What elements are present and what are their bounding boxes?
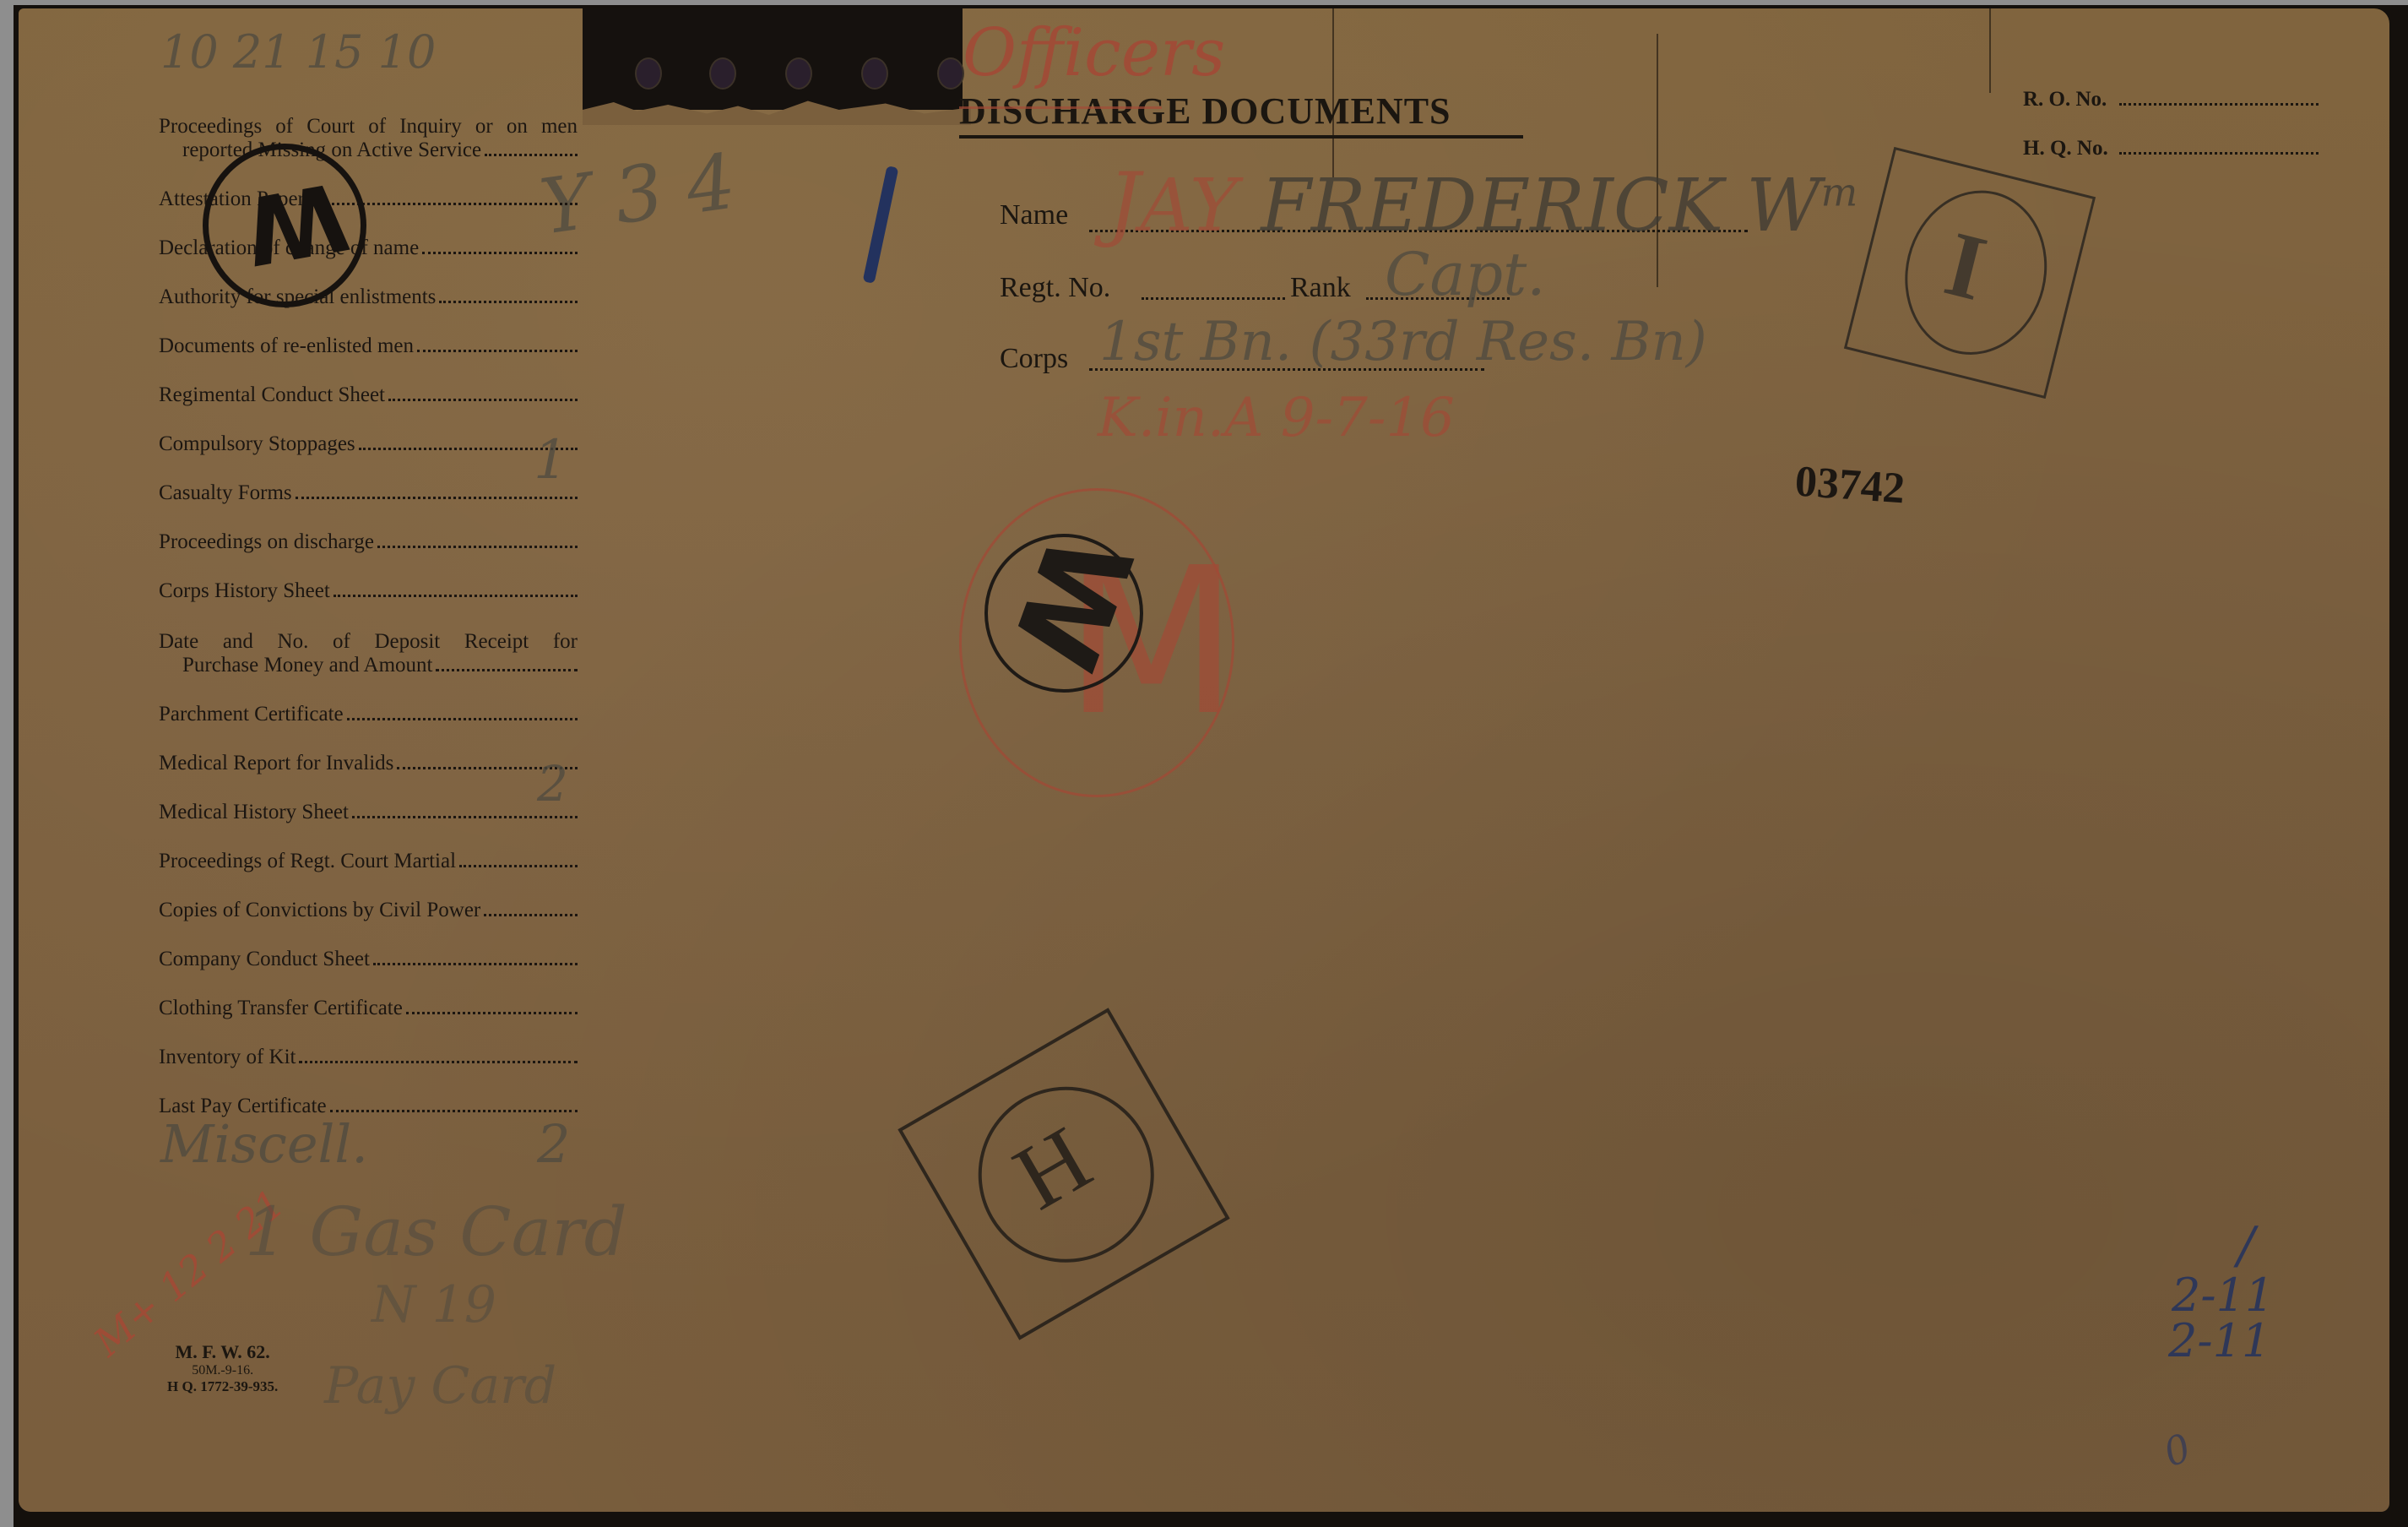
checklist-label: Proceedings on discharge	[159, 530, 374, 554]
misc-entry-label: Miscell.	[160, 1113, 368, 1175]
checklist-label: Corps History Sheet	[159, 579, 330, 603]
form-number: M. F. W. 62.	[167, 1341, 278, 1363]
pencil-note-top-left: 10 21 15 10	[160, 25, 436, 79]
checklist-label: Medical Report for Invalids	[159, 752, 393, 775]
checklist-label: Documents of re-enlisted men	[159, 334, 414, 358]
ink-note-2-11-b: 2-11	[2168, 1314, 2270, 1367]
checklist-count-medical-history: 2	[537, 755, 568, 812]
name-value: JAY JAY FREDERICK WmFREDERICK Wm	[1108, 155, 1858, 250]
checklist-label: Purchase Money and Amount	[182, 654, 432, 677]
serial-number: 03742	[1793, 457, 1906, 514]
punch-hole	[635, 57, 662, 90]
name-label: Name	[1000, 199, 1068, 231]
rank-value: Capt.	[1385, 240, 1545, 309]
checklist-label: Casualty Forms	[159, 481, 292, 505]
checklist-row: Date and No. of Deposit Receipt for Purc…	[159, 603, 578, 677]
checklist-label: Clothing Transfer Certificate	[159, 997, 403, 1020]
checklist-row: Documents of re-enlisted men	[159, 309, 578, 358]
corps-label: Corps	[1000, 343, 1068, 375]
checklist-row: Proceedings of Regt. Court Martial	[159, 824, 578, 873]
checklist-label: Date and No. of Deposit Receipt for	[159, 630, 578, 654]
regt-no-label: Regt. No.	[1000, 272, 1110, 304]
document-title: DISCHARGE DOCUMENTS	[959, 90, 1451, 133]
hq-no-label: H. Q. No.	[2023, 137, 2108, 160]
checklist-row: Clothing Transfer Certificate	[159, 971, 578, 1020]
officers-annotation: Officers	[963, 15, 1225, 91]
checklist-label: Proceedings of Regt. Court Martial	[159, 850, 456, 873]
form-hq-ref: H Q. 1772-39-935.	[167, 1378, 278, 1395]
torn-binding-strip	[583, 8, 963, 110]
checklist-row: Copies of Convictions by Civil Power	[159, 873, 578, 922]
ro-no-label: R. O. No.	[2023, 88, 2107, 111]
paper-tear	[1989, 8, 1991, 93]
checklist-row: Compulsory Stoppages	[159, 407, 578, 456]
title-underline	[959, 135, 1523, 139]
checklist-row: Inventory of Kit	[159, 1020, 578, 1069]
checklist-row: Proceedings of Court of Inquiry or on me…	[159, 88, 578, 162]
checklist-row: Medical History Sheet	[159, 775, 578, 824]
punch-hole	[785, 57, 812, 90]
misc-entry-count: 2	[537, 1113, 570, 1175]
form-info: M. F. W. 62. 50M.-9-16. H Q. 1772-39-935…	[167, 1341, 278, 1395]
checklist-row: Casualty Forms	[159, 456, 578, 505]
punch-hole	[709, 57, 736, 90]
checklist-count-casualty-forms: 1	[534, 429, 568, 492]
checklist-label: Parchment Certificate	[159, 703, 344, 726]
red-strikethrough	[959, 106, 1162, 109]
hq-no-line	[2119, 152, 2319, 155]
punch-hole	[937, 57, 964, 90]
checklist-label: Inventory of Kit	[159, 1046, 296, 1069]
checklist-row: Medical Report for Invalids	[159, 726, 578, 775]
checklist-label: Regimental Conduct Sheet	[159, 383, 385, 407]
corps-value: 1st Bn. (33rd Res. Bn)	[1099, 311, 1707, 373]
checklist-row: Corps History Sheet	[159, 554, 578, 603]
checklist-label: Proceedings of Court of Inquiry or on me…	[159, 115, 578, 139]
checklist-row: Regimental Conduct Sheet	[159, 358, 578, 407]
checklist-row: Proceedings on discharge	[159, 505, 578, 554]
regt-no-line	[1142, 297, 1285, 300]
checklist-label: Medical History Sheet	[159, 801, 349, 824]
checklist-row: Last Pay Certificate	[159, 1069, 578, 1118]
casualty-note: K.in.A 9-7-16	[1098, 387, 1455, 449]
checklist-label: Copies of Convictions by Civil Power	[159, 899, 480, 922]
punch-hole	[861, 57, 888, 90]
checklist-label: Company Conduct Sheet	[159, 948, 370, 971]
form-print-run: 50M.-9-16.	[167, 1363, 278, 1378]
pencil-note-pay-card: Pay Card	[324, 1356, 556, 1416]
rank-label: Rank	[1290, 272, 1351, 304]
ink-note-slash: /	[2237, 1216, 2254, 1275]
checklist-row: Company Conduct Sheet	[159, 922, 578, 971]
pencil-note-n19: N 19	[372, 1275, 496, 1334]
checklist-row: Parchment Certificate	[159, 677, 578, 726]
w-stamp-letter: W	[236, 160, 356, 285]
checklist-label: Compulsory Stoppages	[159, 432, 355, 456]
ro-no-line	[2119, 103, 2319, 106]
pencil-note-gas-card: 1 Gas Card	[245, 1193, 627, 1271]
